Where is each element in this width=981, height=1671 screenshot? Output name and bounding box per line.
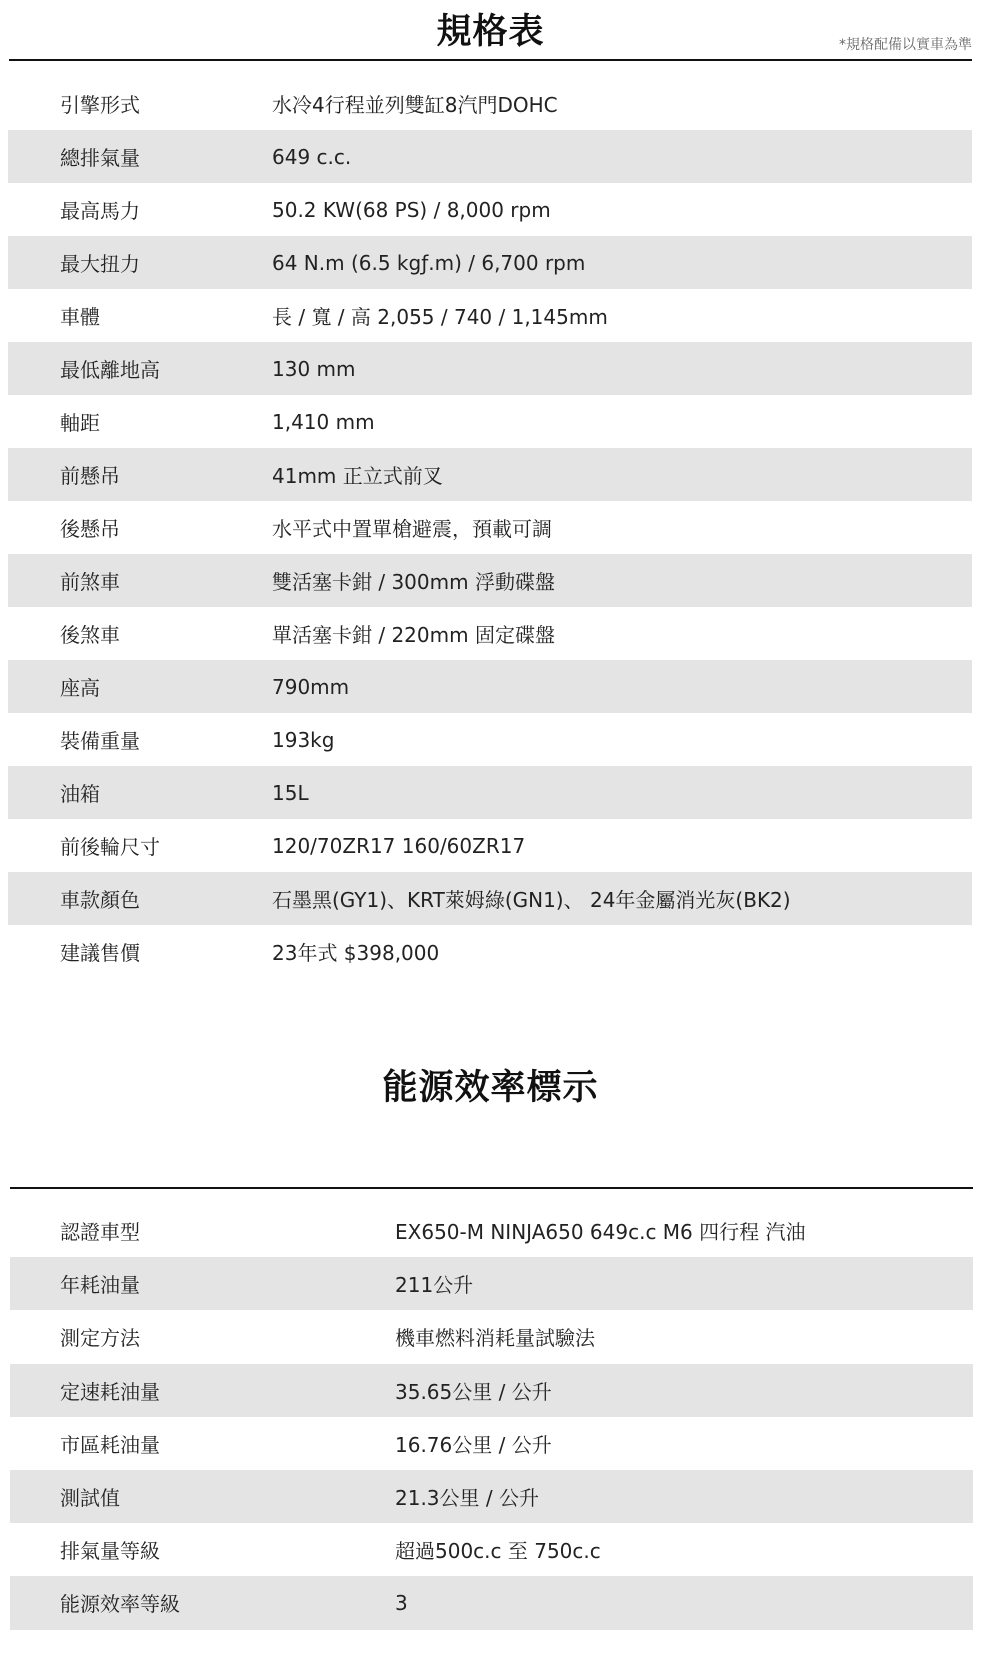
energy-divider bbox=[10, 1187, 973, 1189]
energy-row-label: 測定方法 bbox=[60, 1322, 140, 1351]
energy-row-value: 16.76公里 / 公升 bbox=[395, 1429, 552, 1458]
spec-row: 車體長 / 寬 / 高 2,055 / 740 / 1,145mm bbox=[8, 289, 972, 342]
spec-row: 前煞車雙活塞卡鉗 / 300mm 浮動碟盤 bbox=[8, 554, 972, 607]
spec-row-label: 軸距 bbox=[60, 407, 100, 436]
energy-row: 能源效率等級3 bbox=[10, 1576, 973, 1629]
spec-row-label: 後懸吊 bbox=[60, 513, 120, 542]
energy-row-label: 排氣量等級 bbox=[60, 1535, 160, 1564]
energy-row-value: 機車燃料消耗量試驗法 bbox=[395, 1322, 595, 1351]
spec-row-label: 前後輪尺寸 bbox=[60, 831, 160, 860]
energy-row: 認證車型EX650-M NINJA650 649c.c M6 四行程 汽油 bbox=[10, 1204, 973, 1257]
spec-row-value: 水冷4行程並列雙缸8汽門DOHC bbox=[272, 89, 558, 118]
spec-row: 建議售價23年式 $398,000 bbox=[8, 925, 972, 978]
energy-row: 市區耗油量16.76公里 / 公升 bbox=[10, 1417, 973, 1470]
energy-row-label: 市區耗油量 bbox=[60, 1429, 160, 1458]
spec-row: 車款顏色石墨黑(GY1)、KRT萊姆綠(GN1)、 24年金屬消光灰(BK2) bbox=[8, 872, 972, 925]
energy-row: 排氣量等級超過500c.c 至 750c.c bbox=[10, 1523, 973, 1576]
spec-row: 前後輪尺寸120/70ZR17 160/60ZR17 bbox=[8, 819, 972, 872]
spec-row-value: 15L bbox=[272, 781, 309, 805]
spec-row: 最大扭力64 N.m (6.5 kgƒ.m) / 6,700 rpm bbox=[8, 236, 972, 289]
spec-row-label: 車體 bbox=[60, 301, 100, 330]
spec-row: 座高790mm bbox=[8, 660, 972, 713]
spec-row-label: 建議售價 bbox=[60, 937, 140, 966]
spec-row: 總排氣量649 c.c. bbox=[8, 130, 972, 183]
spec-row-label: 後煞車 bbox=[60, 619, 120, 648]
spec-row-value: 雙活塞卡鉗 / 300mm 浮動碟盤 bbox=[272, 566, 555, 595]
spec-row-value: 單活塞卡鉗 / 220mm 固定碟盤 bbox=[272, 619, 555, 648]
spec-row-value: 120/70ZR17 160/60ZR17 bbox=[272, 834, 525, 858]
spec-row-label: 總排氣量 bbox=[60, 142, 140, 171]
energy-row: 測定方法機車燃料消耗量試驗法 bbox=[10, 1310, 973, 1363]
spec-row-value: 50.2 KW(68 PS) / 8,000 rpm bbox=[272, 198, 551, 222]
energy-row: 年耗油量211公升 bbox=[10, 1257, 973, 1310]
spec-row: 油箱15L bbox=[8, 766, 972, 819]
spec-row-value: 130 mm bbox=[272, 357, 356, 381]
spec-row: 最高馬力50.2 KW(68 PS) / 8,000 rpm bbox=[8, 183, 972, 236]
spec-row: 後懸吊水平式中置單槍避震，預載可調 bbox=[8, 501, 972, 554]
energy-row-label: 定速耗油量 bbox=[60, 1376, 160, 1405]
spec-row-label: 裝備重量 bbox=[60, 725, 140, 754]
spec-note: *規格配備以實車為準 bbox=[839, 34, 972, 54]
energy-row-value: 超過500c.c 至 750c.c bbox=[395, 1535, 601, 1564]
spec-row: 最低離地高130 mm bbox=[8, 342, 972, 395]
spec-row: 前懸吊41mm 正立式前叉 bbox=[8, 448, 972, 501]
energy-row-value: 35.65公里 / 公升 bbox=[395, 1376, 552, 1405]
spec-row-value: 41mm 正立式前叉 bbox=[272, 460, 443, 489]
energy-row-label: 測試值 bbox=[60, 1482, 120, 1511]
spec-row-value: 1,410 mm bbox=[272, 410, 375, 434]
spec-title: 規格表 bbox=[0, 4, 981, 54]
spec-row-value: 64 N.m (6.5 kgƒ.m) / 6,700 rpm bbox=[272, 251, 585, 275]
spec-row-value: 23年式 $398,000 bbox=[272, 937, 439, 966]
energy-title: 能源效率標示 bbox=[0, 1060, 981, 1110]
spec-row: 裝備重量193kg bbox=[8, 713, 972, 766]
spec-row-label: 座高 bbox=[60, 672, 100, 701]
energy-row-value: 21.3公里 / 公升 bbox=[395, 1482, 539, 1511]
spec-row-label: 車款顏色 bbox=[60, 884, 140, 913]
energy-row-label: 年耗油量 bbox=[60, 1269, 140, 1298]
spec-row-label: 最大扭力 bbox=[60, 248, 140, 277]
spec-row-label: 前煞車 bbox=[60, 566, 120, 595]
spec-row: 後煞車單活塞卡鉗 / 220mm 固定碟盤 bbox=[8, 607, 972, 660]
energy-row-label: 能源效率等級 bbox=[60, 1588, 180, 1617]
energy-row-label: 認證車型 bbox=[60, 1216, 140, 1245]
energy-row-value: 211公升 bbox=[395, 1269, 473, 1298]
energy-table: 認證車型EX650-M NINJA650 649c.c M6 四行程 汽油年耗油… bbox=[10, 1204, 973, 1630]
spec-row-value: 790mm bbox=[272, 675, 349, 699]
spec-divider bbox=[9, 59, 972, 61]
spec-row-label: 油箱 bbox=[60, 778, 100, 807]
spec-row-label: 引擎形式 bbox=[60, 89, 140, 118]
energy-row-value: EX650-M NINJA650 649c.c M6 四行程 汽油 bbox=[395, 1216, 806, 1245]
spec-row-value: 長 / 寬 / 高 2,055 / 740 / 1,145mm bbox=[272, 301, 608, 330]
spec-row-label: 最高馬力 bbox=[60, 195, 140, 224]
energy-row: 定速耗油量35.65公里 / 公升 bbox=[10, 1364, 973, 1417]
energy-row-value: 3 bbox=[395, 1591, 408, 1615]
spec-row-value: 水平式中置單槍避震，預載可調 bbox=[272, 513, 552, 542]
spec-row-value: 649 c.c. bbox=[272, 145, 351, 169]
spec-row: 引擎形式水冷4行程並列雙缸8汽門DOHC bbox=[8, 77, 972, 130]
energy-row: 測試值21.3公里 / 公升 bbox=[10, 1470, 973, 1523]
spec-row-label: 最低離地高 bbox=[60, 354, 160, 383]
spec-row-label: 前懸吊 bbox=[60, 460, 120, 489]
spec-row-value: 石墨黑(GY1)、KRT萊姆綠(GN1)、 24年金屬消光灰(BK2) bbox=[272, 884, 791, 913]
spec-row: 軸距1,410 mm bbox=[8, 395, 972, 448]
spec-row-value: 193kg bbox=[272, 728, 334, 752]
spec-table: 引擎形式水冷4行程並列雙缸8汽門DOHC總排氣量649 c.c.最高馬力50.2… bbox=[8, 77, 972, 978]
